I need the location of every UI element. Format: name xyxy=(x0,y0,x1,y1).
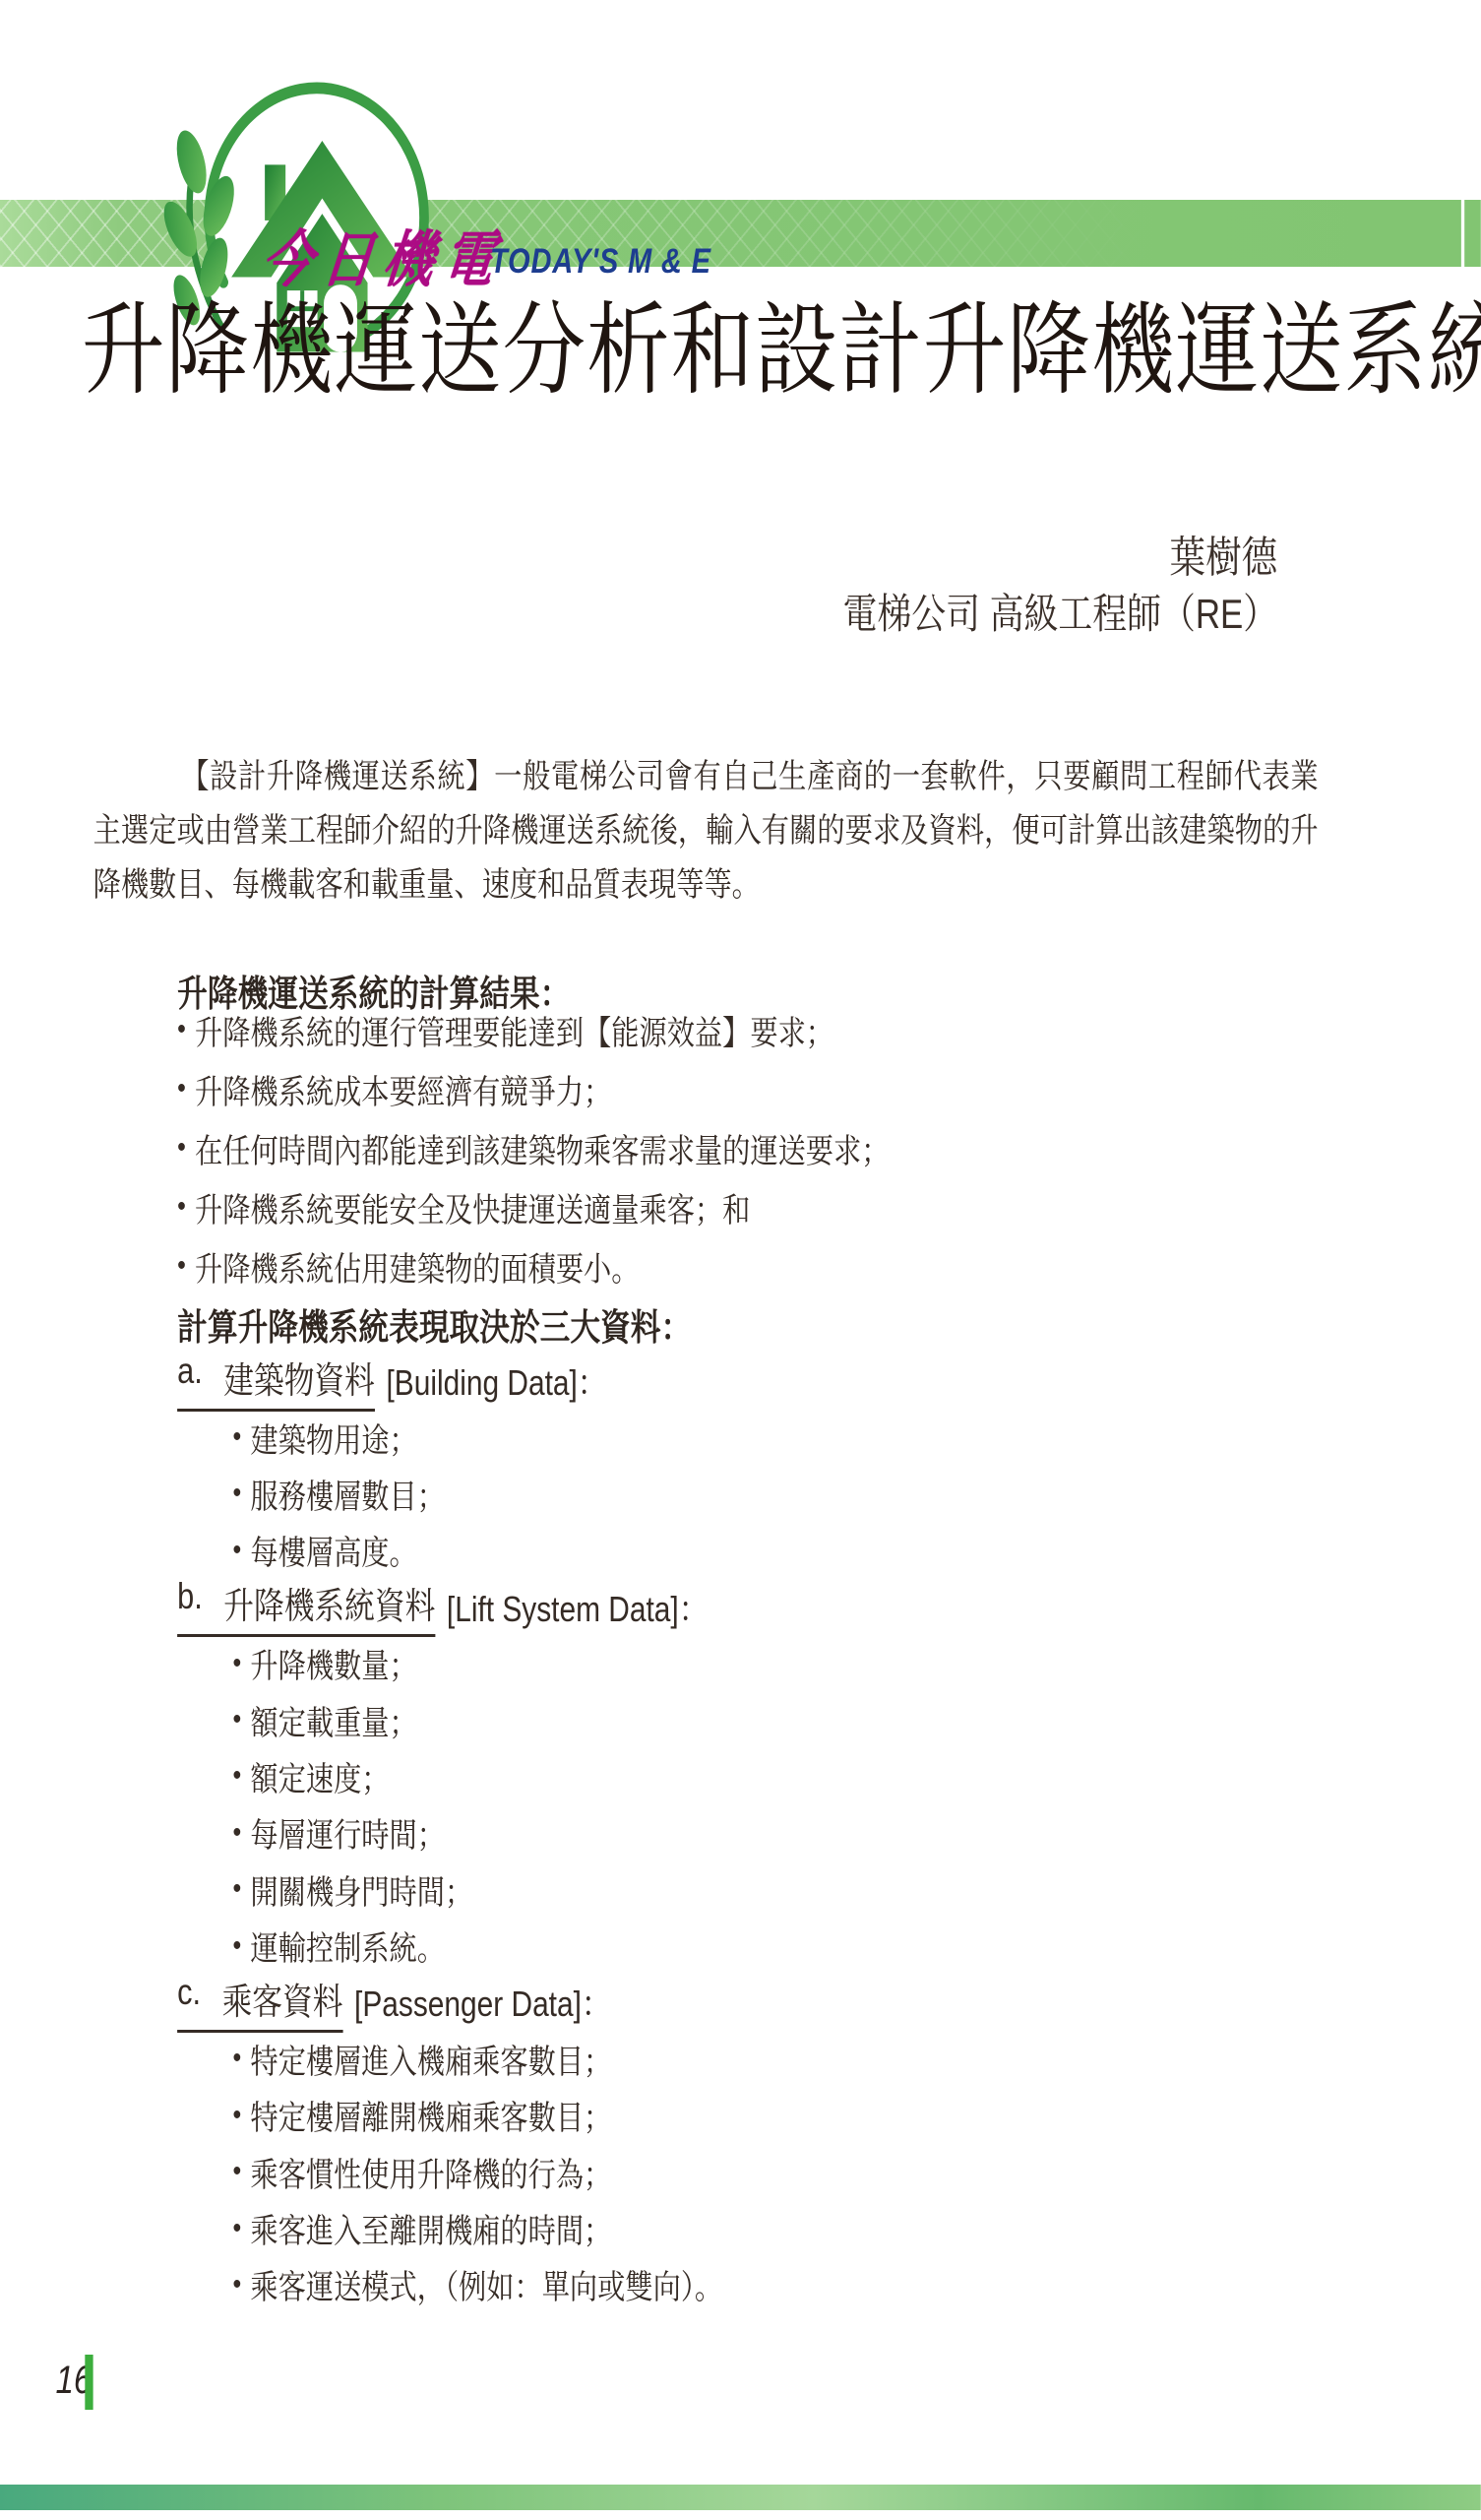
factor-tag: [Passenger Data]： xyxy=(354,1977,611,2027)
list-item-text: 建築物用途； xyxy=(250,1414,416,1462)
results-list: •升降機系統的運行管理要能達到【能源效益】要求； •升降機系統成本要經濟有競爭力… xyxy=(93,1000,1393,1295)
list-item-text: 升降機系統要能安全及快捷運送適量乘客；和 xyxy=(195,1183,750,1231)
list-item: •服務樓層數目； xyxy=(93,1466,1393,1522)
factor-b-underlined: b.升降機系統資料 xyxy=(177,1576,435,1637)
list-item: •升降機數量； xyxy=(93,1635,1393,1691)
factor-tag: [Lift System Data]： xyxy=(447,1582,709,1632)
bullet-icon: • xyxy=(233,1647,242,1680)
list-item-text: 升降機系統的運行管理要能達到【能源效益】要求； xyxy=(195,1006,833,1054)
bullet-icon: • xyxy=(233,2099,242,2132)
factor-a-underlined: a.建築物資料 xyxy=(177,1351,375,1412)
bullet-icon: • xyxy=(177,1190,186,1224)
bullet-icon: • xyxy=(233,2268,242,2301)
list-item: •每層運行時間； xyxy=(93,1804,1393,1860)
factor-name: 建築物資料 xyxy=(223,1351,375,1404)
brand-zh-text: 今日機電 xyxy=(258,211,510,298)
list-item-text: 在任何時間內都能達到該建築物乘客需求量的運送要求； xyxy=(195,1124,890,1172)
list-item-text: 特定樓層離開機廂乘客數目； xyxy=(250,2091,611,2139)
bullet-icon: • xyxy=(233,1703,242,1736)
article-title: 升降機運送分析和設計升降機運送系統 xyxy=(82,291,1453,413)
list-item-text: 升降機數量； xyxy=(250,1639,416,1687)
bullet-icon: • xyxy=(233,2042,242,2075)
list-item: •額定載重量； xyxy=(93,1691,1393,1747)
factor-label: b. xyxy=(177,1576,203,1629)
list-item: •乘客慣性使用升降機的行為； xyxy=(93,2143,1393,2199)
bullet-icon: • xyxy=(177,1013,186,1046)
list-item-text: 每層運行時間； xyxy=(250,1808,445,1857)
list-item: •在任何時間內都能達到該建築物乘客需求量的運送要求； xyxy=(93,1118,1393,1177)
factor-c-underlined: c.乘客資料 xyxy=(177,1972,342,2033)
factor-b-heading: b.升降機系統資料 [Lift System Data]： xyxy=(93,1579,1393,1635)
bullet-icon: • xyxy=(233,1816,242,1850)
list-item: •升降機系統的運行管理要能達到【能源效益】要求； xyxy=(93,1000,1393,1059)
bullet-icon: • xyxy=(233,1477,242,1510)
list-item: •運輸控制系統。 xyxy=(93,1918,1393,1974)
list-item: •建築物用途； xyxy=(93,1409,1393,1465)
list-item-text: 額定速度； xyxy=(250,1752,389,1800)
list-item-text: 特定樓層進入機廂乘客數目； xyxy=(250,2035,611,2083)
list-item: •升降機系統成本要經濟有競爭力； xyxy=(93,1059,1393,1118)
page-number-tick xyxy=(85,2355,93,2410)
bullet-icon: • xyxy=(233,2155,242,2188)
bullet-icon: • xyxy=(233,1420,242,1454)
footer-band xyxy=(0,2485,1481,2510)
brand-en-text: TODAY'S M & E xyxy=(490,242,711,282)
factor-tag: [Building Data]： xyxy=(386,1355,606,1406)
list-item: •乘客運送模式，（例如：單向或雙向）。 xyxy=(93,2256,1393,2312)
bullet-icon: • xyxy=(233,1872,242,1906)
list-item: •特定樓層進入機廂乘客數目； xyxy=(93,2031,1393,2087)
list-item: •升降機系統要能安全及快捷運送適量乘客；和 xyxy=(93,1177,1393,1236)
bullet-icon: • xyxy=(233,1534,242,1567)
list-item: •升降機系統佔用建築物的面積要小。 xyxy=(93,1236,1393,1295)
lead-paragraph: 【設計升降機運送系統】一般電梯公司會有自己生產商的一套軟件，只要顧問工程師代表業… xyxy=(93,750,1319,913)
factor-c-heading: c.乘客資料 [Passenger Data]： xyxy=(93,1974,1393,2030)
list-item-text: 額定載重量； xyxy=(250,1696,416,1744)
factor-a-heading: a.建築物資料 [Building Data]： xyxy=(93,1353,1393,1409)
list-item-text: 乘客運送模式，（例如：單向或雙向）。 xyxy=(250,2260,722,2308)
list-item-text: 服務樓層數目； xyxy=(250,1470,445,1518)
list-item: •額定速度； xyxy=(93,1748,1393,1804)
bullet-icon: • xyxy=(177,1131,186,1165)
list-item-text: 每樓層高度。 xyxy=(250,1526,416,1574)
list-item: •開關機身門時間； xyxy=(93,1861,1393,1918)
factor-name: 乘客資料 xyxy=(222,1972,343,2025)
bullet-icon: • xyxy=(177,1249,186,1283)
bullet-icon: • xyxy=(233,2212,242,2245)
header-band-slit xyxy=(1461,200,1464,267)
author-block: 葉樹德 電梯公司 高級工程師（RE） xyxy=(843,530,1278,642)
list-item: •乘客進入至離開機廂的時間； xyxy=(93,2200,1393,2256)
list-item-text: 運輸控制系統。 xyxy=(250,1921,445,1970)
bullet-icon: • xyxy=(177,1072,186,1105)
list-item-text: 升降機系統佔用建築物的面積要小。 xyxy=(195,1242,640,1291)
bullet-icon: • xyxy=(233,1759,242,1793)
list-item-text: 升降機系統成本要經濟有競爭力； xyxy=(195,1065,611,1113)
magazine-page: 今日機電 TODAY'S M & E 升降機運送分析和設計升降機運送系統 葉樹德… xyxy=(0,0,1481,2520)
factor-label: a. xyxy=(177,1351,203,1404)
list-item-text: 開關機身門時間； xyxy=(250,1865,472,1914)
factors-list: a.建築物資料 [Building Data]： •建築物用途； •服務樓層數目… xyxy=(93,1353,1393,2313)
page-sheet: 今日機電 TODAY'S M & E 升降機運送分析和設計升降機運送系統 葉樹德… xyxy=(0,0,1481,2520)
list-item: •每樓層高度。 xyxy=(93,1522,1393,1578)
bullet-icon: • xyxy=(233,1929,242,1963)
author-title: 電梯公司 高級工程師（RE） xyxy=(843,586,1278,642)
author-name: 葉樹德 xyxy=(843,530,1278,586)
list-item-text: 乘客進入至離開機廂的時間； xyxy=(250,2204,611,2252)
list-item: •特定樓層離開機廂乘客數目； xyxy=(93,2087,1393,2143)
factor-name: 升降機系統資料 xyxy=(223,1576,435,1629)
list-item-text: 乘客慣性使用升降機的行為； xyxy=(250,2148,611,2196)
factor-label: c. xyxy=(177,1972,201,2025)
factors-heading: 計算升降機系統表現取決於三大資料： xyxy=(93,1295,692,1353)
